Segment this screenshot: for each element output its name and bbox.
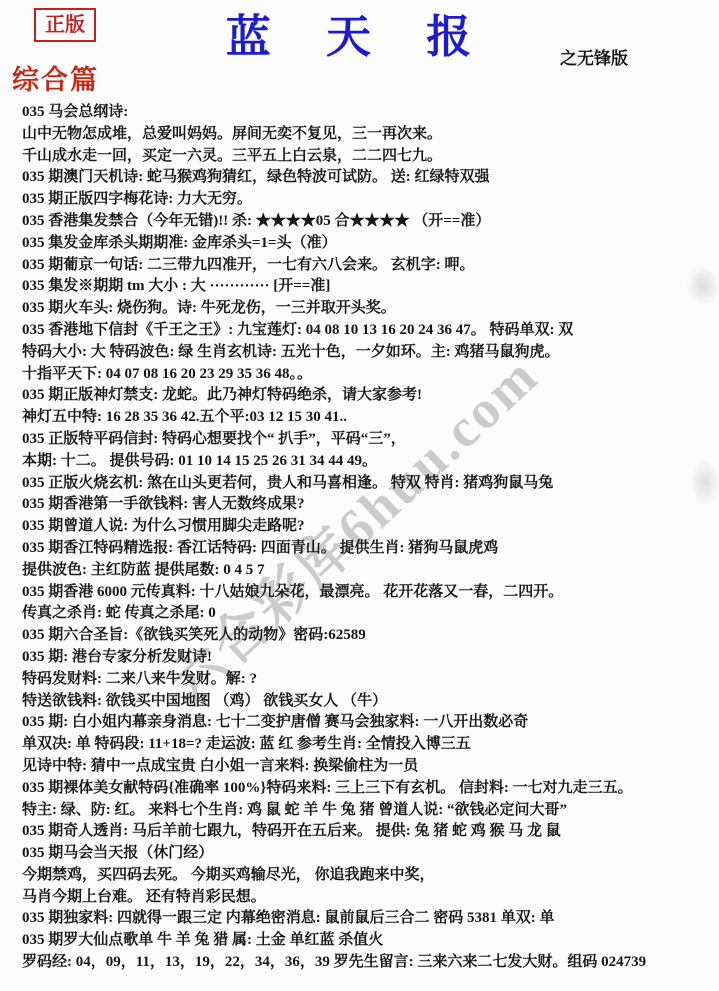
text-line: 传真之杀肖: 蛇 传真之杀尾: 0 [22, 603, 715, 625]
text-line: 单双决: 单 特码段: 11+18=? 走运波: 蓝 红 参考生肖: 全情投入博… [22, 734, 715, 756]
text-line: 十指平天下: 04 07 08 16 20 23 29 35 36 48。。 [22, 364, 715, 386]
text-line: 035 香港集发禁合（今年无错)!! 杀: ★★★★05 合★★★★ （开==准… [22, 211, 715, 233]
text-line: 035 集发金库杀头期期准: 金库杀头=1=头（准） [22, 233, 715, 255]
text-line: 035 期正版神灯禁支: 龙蛇。此乃神灯特码绝杀，请大家参考! [22, 385, 715, 407]
text-line: 035 期火车头: 烧伤狗。诗: 牛死龙伤，一三并取开头奖。 [22, 298, 715, 320]
text-line: 035 期奇人透肖: 马后羊前七跟九，特码开在五后来。 提供: 兔 猪 蛇 鸡 … [22, 821, 715, 843]
text-line: 山中无物怎成堆，总爱叫妈妈。屏间无奕不复见，三一再次来。 [22, 124, 715, 146]
text-line: 见诗中特: 猜中一点成宝贵 白小姐一言来料: 换梁偷柱为一员 [22, 756, 715, 778]
text-line: 035 期香港第一手欲钱料: 害人无数终成果? [22, 494, 715, 516]
text-line: 035 期: 白小姐内幕亲身消息: 七十二变护唐僧 赛马会独家料: 一八开出数必… [22, 712, 715, 734]
text-line: 035 期曾道人说: 为什么习惯用脚尖走路呢? [22, 516, 715, 538]
edition-label: 之无锋版 [560, 44, 628, 69]
newspaper-page: 正版 蓝 天 报 之无锋版 综合篇 六合彩库6huu.com 035 马会总纲诗… [0, 0, 719, 991]
text-line: 035 香港地下信封《千王之王》: 九宝莲灯: 04 08 10 13 16 2… [22, 320, 715, 342]
text-line: 特送欲钱料: 欲钱买中国地图 （鸡） 欲钱买女人 （牛） [22, 691, 715, 713]
text-line: 035 期马会当天报（休门经） [22, 843, 715, 865]
text-line: 035 期裸体美女献特码{准确率 100%}特码来料: 三上三下有玄机。 信封料… [22, 778, 715, 800]
text-line: 035 期澳门天机诗: 蛇马猴鸡狗猜红，绿色特波可试防。 送: 红绿特双强 [22, 167, 715, 189]
text-line: 035 期: 港台专家分析发财诗! [22, 647, 715, 669]
text-line: 035 期香港 6000 元传真料: 十八姑娘九朵花，最漂亮。 花开花落又一春，… [22, 582, 715, 604]
text-line: 提供波色: 主红防蓝 提供尾数: 0 4 5 7 [22, 560, 715, 582]
text-line: 马肖今期上台难。 还有特肖彩民想。 [22, 887, 715, 909]
text-line: 本期: 十二。 提供号码: 01 10 14 15 25 26 31 34 44… [22, 451, 715, 473]
text-line: 特码发财料: 二来八来牛发财。解: ? [22, 669, 715, 691]
text-line: 035 期香江特码精选报: 香江话特码: 四面青山。 提供生肖: 猪狗马鼠虎鸡 [22, 538, 715, 560]
text-line: 035 期独家料: 四就得一跟三定 内幕绝密消息: 鼠前鼠后三合二 密码 538… [22, 908, 715, 930]
text-line: 特主: 绿、防: 红。 来料七个生肖: 鸡 鼠 蛇 羊 牛 兔 猪 曾道人说: … [22, 800, 715, 822]
text-line: 特码大小: 大 特码波色: 绿 生肖玄机诗: 五光十色，一夕如环。主: 鸡猪马鼠… [22, 342, 715, 364]
text-line: 罗码经: 04，09，11，13，19，22，34，36，39 罗先生留言: 三… [22, 952, 715, 974]
text-line: 035 期罗大仙点歌单 牛 羊 兔 猎 属: 土金 单红蓝 杀值火 [22, 930, 715, 952]
text-line: 035 正版火烧玄机: 煞在山头更若何，贵人和马喜相逢。 特双 特肖: 猪鸡狗鼠… [22, 473, 715, 495]
text-line: 035 马会总纲诗: [22, 102, 715, 124]
text-line: 神灯五中特: 16 28 35 36 42.五个平:03 12 15 30 41… [22, 407, 715, 429]
text-line: 035 集发※期期 tm 大小 : 大 ············ [开==准] [22, 276, 715, 298]
text-line: 千山成水走一回，买定一六灵。三平五上白云泉，二二四七九。 [22, 146, 715, 168]
text-line: 今期禁鸡，买四码去死。 今期买鸡输尽光， 你追我跑来中奖， [22, 865, 715, 887]
text-line: 035 期葡京一句话: 二三带九四准开，一七有六八会来。 玄机字: 呷。 [22, 255, 715, 277]
text-line: 035 期六合圣旨:《欲钱买笑死人的动物》密码:62589 [22, 625, 715, 647]
text-line: 035 期正版四字梅花诗: 力大无穷。 [22, 189, 715, 211]
text-line: 035 正版特平码信封: 特码心想要找个“ 扒手”，平码“三”， [22, 429, 715, 451]
section-title: 综合篇 [12, 58, 99, 97]
body-text: 035 马会总纲诗:山中无物怎成堆，总爱叫妈妈。屏间无奕不复见，三一再次来。千山… [22, 102, 715, 974]
